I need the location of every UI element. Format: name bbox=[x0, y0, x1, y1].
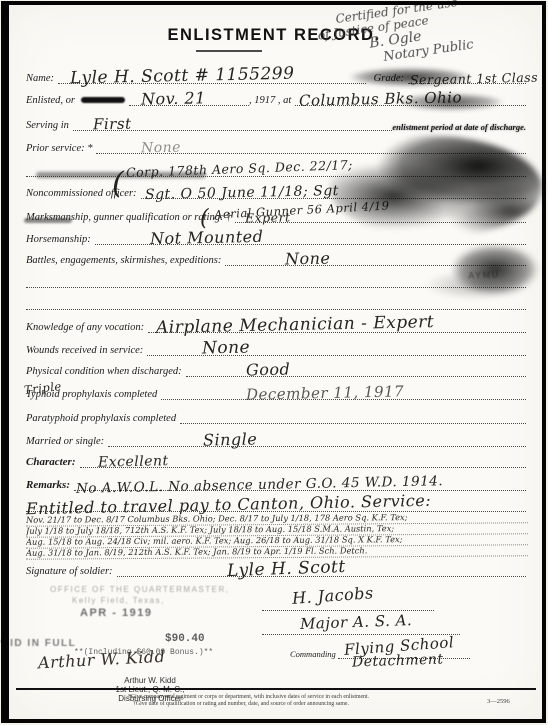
field-row-paratyphoid: Paratyphoid prophylaxis completed bbox=[26, 406, 526, 424]
typhoid-line: December 11, 1917 bbox=[161, 381, 526, 400]
enlisted-year-print: , 1917 , at bbox=[249, 95, 295, 106]
disbursing-officer-printed-name: Arthur W. Kidd bbox=[95, 676, 205, 685]
field-row-nco: Noncommissioned officer: Sgt. O 50 June … bbox=[26, 181, 526, 199]
commander-signature: H. Jacobs bbox=[291, 583, 374, 608]
enlisted-date-value: Nov. 21 bbox=[141, 88, 206, 108]
wounds-line: None bbox=[147, 337, 526, 356]
field-row-married: Married or single: Single bbox=[26, 429, 526, 447]
field-row-name: Name: Lyle H. Scott # 1155299 Grade: Ser… bbox=[26, 66, 526, 84]
battles-line: None bbox=[225, 247, 526, 266]
enlisted-place-value: Columbus Bks. Ohio bbox=[299, 88, 462, 109]
grade-line: Sergeant 1st Class bbox=[408, 65, 526, 84]
amount-paid: $90.40 bbox=[165, 633, 205, 645]
soldier-signature-value: Lyle H. Scott bbox=[226, 557, 345, 581]
serving-line: First bbox=[73, 112, 392, 131]
soldier-signature-line: Lyle H. Scott bbox=[117, 558, 526, 577]
character-value: Excellent bbox=[97, 453, 168, 470]
field-row-soldier-signature: Signature of soldier: Lyle H. Scott bbox=[26, 559, 526, 577]
crossed-out-word bbox=[81, 97, 125, 103]
physical-condition-line: Good bbox=[186, 358, 526, 377]
prior-service-label: Prior service: * bbox=[26, 143, 96, 154]
date-stamp: APR - 1919 bbox=[80, 607, 152, 619]
ruled-line bbox=[26, 287, 526, 288]
serving-label: Serving in bbox=[26, 120, 73, 131]
field-row-horsemanship: Horsemanship: Not Mounted bbox=[26, 227, 526, 245]
grade-label: Grade: bbox=[366, 73, 408, 84]
marksmanship-label: Marksmanship, gunner qualification or ra… bbox=[26, 212, 235, 223]
wounds-label: Wounds received in service: bbox=[26, 345, 147, 356]
nco-label: Noncommissioned officer: bbox=[26, 188, 141, 199]
bottom-rule bbox=[16, 688, 536, 690]
serving-value: First bbox=[93, 115, 132, 134]
form-number: 3—2596 bbox=[487, 698, 510, 706]
horsemanship-line: Not Mounted bbox=[95, 226, 526, 245]
travel-pay-line: Entitled to travel pay to Canton, Ohio. … bbox=[26, 493, 526, 512]
name-label: Name: bbox=[26, 73, 58, 84]
battles-value: None bbox=[285, 249, 331, 269]
field-row-prior-service: Prior service: * None bbox=[26, 136, 526, 154]
soldier-signature-label: Signature of soldier: bbox=[26, 566, 117, 577]
ruled-line bbox=[26, 176, 526, 177]
physical-condition-label: Physical condition when discharged: bbox=[26, 366, 186, 377]
quartermaster-office-stamp: OFFICE OF THE QUARTERMASTER, bbox=[50, 585, 230, 594]
field-row-physical-condition: Physical condition when discharged: Good bbox=[26, 359, 526, 377]
field-row-wounds: Wounds received in service: None bbox=[26, 338, 526, 356]
disbursing-officer-signature: Arthur W. Kidd bbox=[38, 647, 166, 673]
married-line: Single bbox=[108, 428, 526, 447]
vocation-value: Airplane Mechanician - Expert bbox=[156, 312, 435, 338]
commanding-label: Commanding bbox=[290, 649, 340, 659]
vocation-label: Knowledge of any vocation: bbox=[26, 322, 148, 333]
serving-right-print: enlistment period at date of discharge. bbox=[392, 122, 526, 132]
enlistment-record-document: Certified for the use of Justice of peac… bbox=[0, 0, 548, 725]
enlisted-date-line: Nov. 21 bbox=[129, 87, 249, 106]
field-row-vocation: Knowledge of any vocation: Airplane Mech… bbox=[26, 315, 526, 333]
remarks-line: No A.W.O.L. No absence under G.O. 45 W.D… bbox=[74, 472, 526, 491]
field-row-battles: Battles, engagements, skirmishes, expedi… bbox=[26, 248, 526, 266]
character-label: Character: bbox=[26, 456, 80, 468]
physical-condition-value: Good bbox=[245, 360, 290, 380]
grade-value: Sergeant 1st Class bbox=[410, 70, 538, 88]
horsemanship-value: Not Mounted bbox=[150, 227, 264, 248]
wounds-value: None bbox=[202, 337, 251, 358]
paid-in-full-stamp: PAID IN FULL bbox=[0, 638, 76, 649]
prior-service-value: None bbox=[141, 140, 181, 157]
paratyphoid-line bbox=[180, 405, 526, 424]
field-row-enlisted: Enlisted, or Nov. 21 , 1917 , at Columbu… bbox=[26, 88, 526, 106]
married-label: Married or single: bbox=[26, 436, 108, 447]
battles-label: Battles, engagements, skirmishes, expedi… bbox=[26, 255, 225, 266]
footnote-2: †Give date of qualification or rating an… bbox=[133, 701, 349, 708]
paratyphoid-label: Paratyphoid prophylaxis completed bbox=[26, 413, 180, 424]
quartermaster-location-stamp: Kelly Field, Texas, bbox=[72, 596, 165, 605]
married-value: Single bbox=[203, 429, 258, 449]
horsemanship-label: Horsemanship: bbox=[26, 234, 95, 245]
travel-pay-row: Entitled to travel pay to Canton, Ohio. … bbox=[26, 494, 526, 512]
commander-unit-line2: Detachment bbox=[352, 651, 444, 670]
nco-value: Sgt. O 50 June 11/18; Sgt bbox=[144, 183, 338, 203]
field-row-remarks: Remarks: No A.W.O.L. No absence under G.… bbox=[26, 473, 526, 491]
field-row-typhoid: Typhoid prophylaxis completed December 1… bbox=[26, 382, 526, 400]
nco-line: Sgt. O 50 June 11/18; Sgt bbox=[141, 180, 526, 199]
field-row-serving: Serving in First enlistment period at da… bbox=[26, 113, 526, 131]
field-row-character: Character: Excellent bbox=[26, 450, 526, 468]
vocation-line: Airplane Mechanician - Expert bbox=[148, 314, 526, 333]
enlisted-label: Enlisted, or bbox=[26, 95, 79, 106]
character-line: Excellent bbox=[80, 449, 527, 468]
prior-service-line: None bbox=[96, 135, 526, 154]
typhoid-value: December 11, 1917 bbox=[246, 382, 404, 403]
ruled-line bbox=[26, 309, 526, 310]
stamp-fragment: AYMU bbox=[468, 269, 500, 280]
commander-rank: Major A. S. A. bbox=[300, 611, 413, 633]
enlisted-place-line: Columbus Bks. Ohio bbox=[295, 87, 526, 106]
title-underline bbox=[196, 50, 262, 52]
remarks-label: Remarks: bbox=[26, 479, 74, 491]
name-value: Lyle H. Scott # 1155299 bbox=[70, 64, 295, 89]
